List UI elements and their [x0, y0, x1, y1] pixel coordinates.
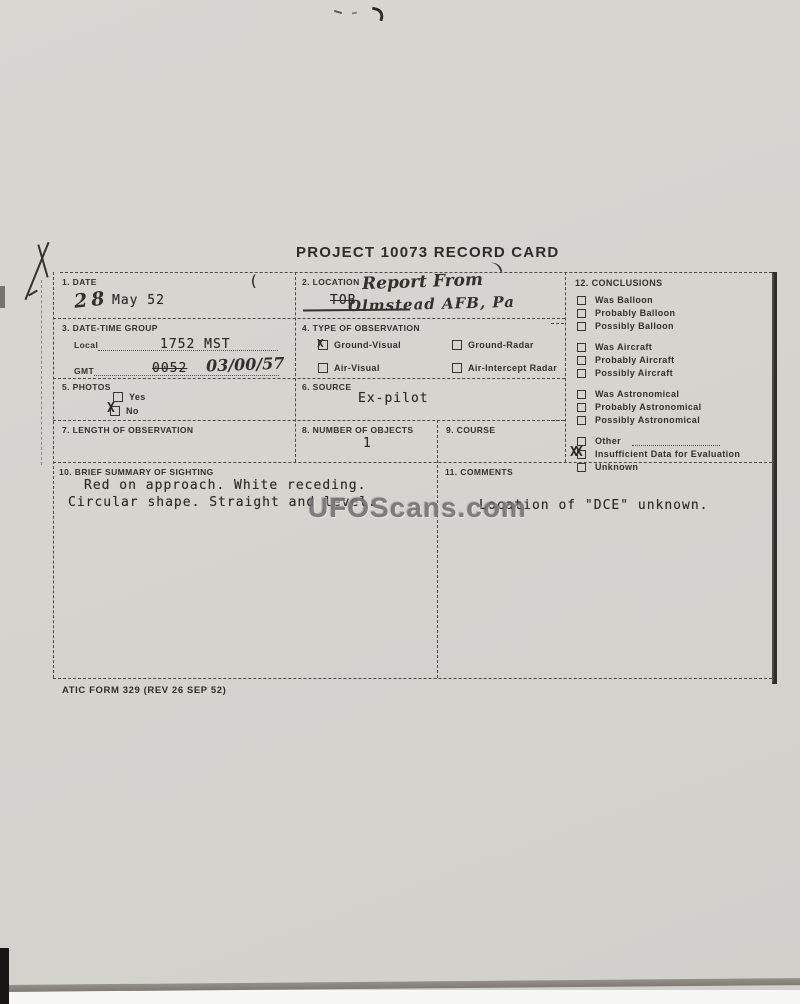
dtg-gmt-handwritten: 03/00/57 [206, 354, 285, 376]
checkbox-probably-astronomical: Probably Astronomical [577, 402, 769, 412]
row-border [53, 420, 565, 421]
check-mark: X [317, 337, 324, 350]
summary-label: 10. BRIEF SUMMARY OF SIGHTING [59, 467, 214, 477]
checkbox-label: Was Balloon [595, 295, 653, 305]
page-bottom-background [0, 990, 800, 1004]
column-border [295, 272, 296, 462]
conclusions-balloon-group: Was Balloon Probably Balloon Possibly Ba… [577, 295, 769, 331]
dtg-gmt-label: GMT [74, 366, 94, 376]
checkbox-label: Was Astronomical [595, 389, 679, 399]
column-border [565, 272, 566, 462]
checkbox-icon [452, 340, 462, 350]
location-handwritten-line1: Report From [362, 270, 484, 294]
checkbox-possibly-aircraft: Possibly Aircraft [577, 368, 769, 378]
stray-dashed-line [41, 280, 42, 465]
edge-smudge [0, 286, 5, 308]
dtg-local-label: Local [74, 340, 98, 350]
checkbox-possibly-balloon: Possibly Balloon [577, 321, 769, 331]
card-border-left [53, 272, 54, 678]
checkbox-ground-radar: Ground-Radar [452, 340, 534, 350]
checkbox-label: Unknown [595, 462, 638, 472]
checkbox-insufficient-data: XXInsufficient Data for Evaluation [577, 449, 769, 459]
checkbox-was-balloon: Was Balloon [577, 295, 769, 305]
number-of-objects-label: 8. NUMBER OF OBJECTS [302, 425, 413, 435]
location-label: 2. LOCATION [302, 277, 360, 287]
card-border-bottom [53, 678, 772, 679]
checkbox-icon [577, 309, 586, 318]
checkbox-icon [318, 363, 328, 373]
tick-mark [551, 420, 564, 421]
check-mark: XX [570, 445, 580, 460]
checkbox-air-intercept-radar: Air-Intercept Radar [452, 363, 557, 373]
checkbox-icon [577, 403, 586, 412]
summary-line1: Red on approach. White receding. [84, 478, 366, 493]
location-handwritten-line2: Olmstead AFB, Pa [348, 293, 515, 315]
conclusions-list: Was Balloon Probably Balloon Possibly Ba… [577, 295, 769, 475]
checkbox-icon [577, 390, 586, 399]
dtg-label: 3. DATE-TIME GROUP [62, 323, 158, 333]
checkbox-label: Ground-Visual [334, 340, 401, 350]
comments-label: 11. COMMENTS [445, 467, 513, 477]
checkbox-icon [577, 416, 586, 425]
checkbox-other: Other [577, 436, 769, 446]
check-mark: X [107, 401, 115, 416]
pencil-curl-mark [485, 260, 502, 276]
record-card-scan: PROJECT 10073 RECORD CARD 1. DATE ( 28 M… [0, 0, 800, 1004]
source-label: 6. SOURCE [302, 382, 351, 392]
checkbox-label: Air-Intercept Radar [468, 363, 557, 373]
paren-mark: ( [249, 272, 259, 290]
checkbox-icon [577, 322, 586, 331]
checkbox-label: Was Aircraft [595, 342, 652, 352]
dtg-gmt-struck: 0052 [152, 361, 187, 376]
checkbox-label: Other [595, 436, 621, 446]
type-label: 4. TYPE OF OBSERVATION [302, 323, 420, 333]
checkbox-was-astronomical: Was Astronomical [577, 389, 769, 399]
corner-black-wedge [0, 948, 9, 1004]
column-border [437, 420, 438, 678]
tick-mark [551, 323, 564, 324]
checkbox-icon [452, 363, 462, 373]
row-border [53, 378, 565, 379]
checkbox-label: Yes [129, 392, 146, 402]
checkbox-photos-no: X No [110, 406, 139, 416]
checkbox-label: Probably Aircraft [595, 355, 675, 365]
checkbox-icon [577, 296, 586, 305]
conclusions-label: 12. CONCLUSIONS [575, 278, 663, 288]
ink-hook-mark [370, 7, 386, 22]
conclusions-astronomical-group: Was Astronomical Probably Astronomical P… [577, 389, 769, 425]
checkbox-label: Possibly Balloon [595, 321, 674, 331]
checkbox-label: Possibly Aircraft [595, 368, 673, 378]
date-value-handwritten: 28 [73, 287, 110, 312]
dtg-local-value: 1752 MST [160, 337, 231, 352]
checkbox-label: No [126, 406, 139, 416]
checkbox-label: Ground-Radar [468, 340, 534, 350]
checkbox-ground-visual: X Ground-Visual [318, 340, 401, 350]
conclusions-other-group: Other XXInsufficient Data for Evaluation… [577, 436, 769, 472]
checkbox-label: Possibly Astronomical [595, 415, 700, 425]
date-label: 1. DATE [62, 277, 97, 287]
card-border-right [772, 272, 777, 684]
checkbox-icon [577, 356, 586, 365]
document-title: PROJECT 10073 RECORD CARD [296, 244, 559, 261]
ink-mark [352, 12, 357, 15]
checkbox-icon: XX [577, 450, 586, 459]
checkbox-icon [577, 369, 586, 378]
ink-mark [334, 10, 342, 14]
checkbox-air-visual: Air-Visual [318, 363, 380, 373]
checkbox-unknown: Unknown [577, 462, 769, 472]
checkbox-icon: X [110, 406, 120, 416]
checkbox-icon [577, 343, 586, 352]
checkbox-probably-aircraft: Probably Aircraft [577, 355, 769, 365]
watermark: UFOScans.com [308, 492, 527, 524]
checkbox-label: Probably Balloon [595, 308, 675, 318]
length-of-observation-label: 7. LENGTH OF OBSERVATION [62, 425, 193, 435]
number-of-objects-value: 1 [363, 436, 372, 451]
checkbox-label: Probably Astronomical [595, 402, 702, 412]
conclusions-aircraft-group: Was Aircraft Probably Aircraft Possibly … [577, 342, 769, 378]
checkbox-photos-yes: Yes [113, 392, 146, 402]
date-value-typed: May 52 [112, 293, 165, 308]
source-value: Ex-pilot [358, 391, 429, 406]
checkbox-label: Insufficient Data for Evaluation [595, 449, 740, 459]
course-label: 9. COURSE [446, 425, 495, 435]
checkbox-icon: X [318, 340, 328, 350]
photos-label: 5. PHOTOS [62, 382, 111, 392]
checkbox-label: Air-Visual [334, 363, 380, 373]
checkbox-icon [577, 463, 586, 472]
checkbox-probably-balloon: Probably Balloon [577, 308, 769, 318]
checkbox-was-aircraft: Was Aircraft [577, 342, 769, 352]
checkbox-possibly-astronomical: Possibly Astronomical [577, 415, 769, 425]
form-number: ATIC FORM 329 (REV 26 SEP 52) [62, 685, 226, 696]
row-border [53, 318, 565, 319]
other-dotted-line [632, 437, 720, 446]
